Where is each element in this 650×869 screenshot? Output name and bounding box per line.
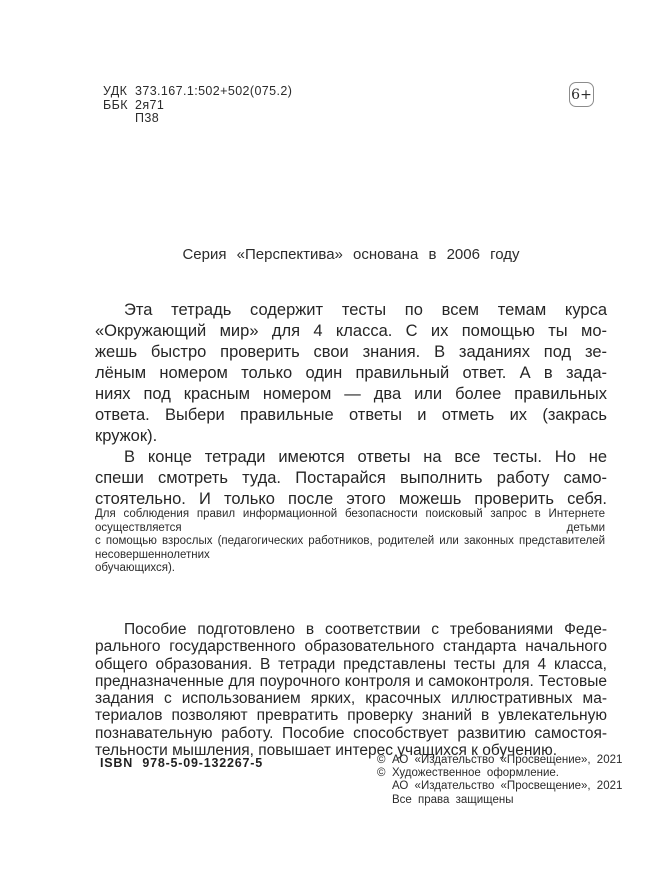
paragraph-line: жешь быстро проверить свои знания. В зад… — [95, 342, 607, 363]
paragraph-line: общего образования. В тетради представле… — [95, 656, 607, 673]
paragraph-line: задания с использованием ярких, красочны… — [95, 690, 607, 707]
safety-notice-line: Для соблюдения правил информационной без… — [95, 508, 605, 535]
bbk-row: ББК 2я71 — [103, 99, 292, 113]
copyright-text: АО «Издательство «Просвещение», 2021 — [392, 754, 622, 767]
copyright-text: Все права защищены — [392, 794, 514, 807]
paragraph-line: Эта тетрадь содержит тесты по всем темам… — [95, 300, 607, 321]
intro-paragraph: Эта тетрадь содержит тесты по всем темам… — [95, 300, 607, 510]
safety-notice-line: обучающихся). — [95, 562, 605, 576]
copyright-symbol — [377, 794, 392, 807]
book-imprint-page: УДК 373.167.1:502+502(075.2) ББК 2я71 П3… — [0, 0, 650, 869]
series-line: Серия «Перспектива» основана в 2006 году — [95, 246, 607, 263]
copyright-text: Художественное оформление. — [392, 767, 559, 780]
udk-label: УДК — [103, 85, 135, 99]
author-sign-label — [103, 112, 135, 126]
annotation-paragraph: Пособие подготовлено в соответствии с тр… — [95, 621, 607, 759]
paragraph-line: кружок). — [95, 426, 607, 447]
udk-row: УДК 373.167.1:502+502(075.2) — [103, 85, 292, 99]
paragraph-line: спеши смотреть туда. Постарайся выполнит… — [95, 468, 607, 489]
paragraph-line: «Окружающий мир» для 4 класса. С их помо… — [95, 321, 607, 342]
copyright-line: © АО «Издательство «Просвещение», 2021 — [377, 754, 622, 767]
bibliographic-codes: УДК 373.167.1:502+502(075.2) ББК 2я71 П3… — [103, 85, 292, 126]
bbk-value: 2я71 — [135, 99, 164, 113]
paragraph-line: В конце тетради имеются ответы на все те… — [95, 447, 607, 468]
paragraph-line: териалов позволяют превратить проверку з… — [95, 707, 607, 724]
paragraph-line: познавательную работу. Пособие способств… — [95, 725, 607, 742]
paragraph-line: лёным номером только один правильный отв… — [95, 363, 607, 384]
copyright-line: АО «Издательство «Просвещение», 2021 — [377, 780, 622, 793]
copyright-line: Все права защищены — [377, 794, 622, 807]
copyright-symbol: © — [377, 767, 392, 780]
safety-notice: Для соблюдения правил информационной без… — [95, 508, 605, 576]
paragraph-line: Пособие подготовлено в соответствии с тр… — [95, 621, 607, 638]
copyright-line: © Художественное оформление. — [377, 767, 622, 780]
isbn: ISBN 978-5-09-132267-5 — [100, 756, 263, 770]
safety-notice-line: с помощью взрослых (педагогических работ… — [95, 535, 605, 562]
copyright-symbol — [377, 780, 392, 793]
copyright-block: © АО «Издательство «Просвещение», 2021 ©… — [377, 754, 622, 807]
copyright-text: АО «Издательство «Просвещение», 2021 — [392, 780, 622, 793]
bbk-label: ББК — [103, 99, 135, 113]
age-rating-badge: 6+ — [569, 82, 594, 107]
paragraph-line: предназначенные для поурочного контроля … — [95, 673, 607, 690]
author-sign-row: П38 — [103, 112, 292, 126]
paragraph-line: рального государственного образовательно… — [95, 638, 607, 655]
copyright-symbol: © — [377, 754, 392, 767]
paragraph-line: ниях под красным номером — два или более… — [95, 384, 607, 405]
udk-value: 373.167.1:502+502(075.2) — [135, 85, 292, 99]
paragraph-line: ответа. Выбери правильные ответы и отмет… — [95, 405, 607, 426]
author-sign-value: П38 — [135, 112, 159, 126]
paragraph-line: стоятельно. И только после этого можешь … — [95, 489, 607, 510]
